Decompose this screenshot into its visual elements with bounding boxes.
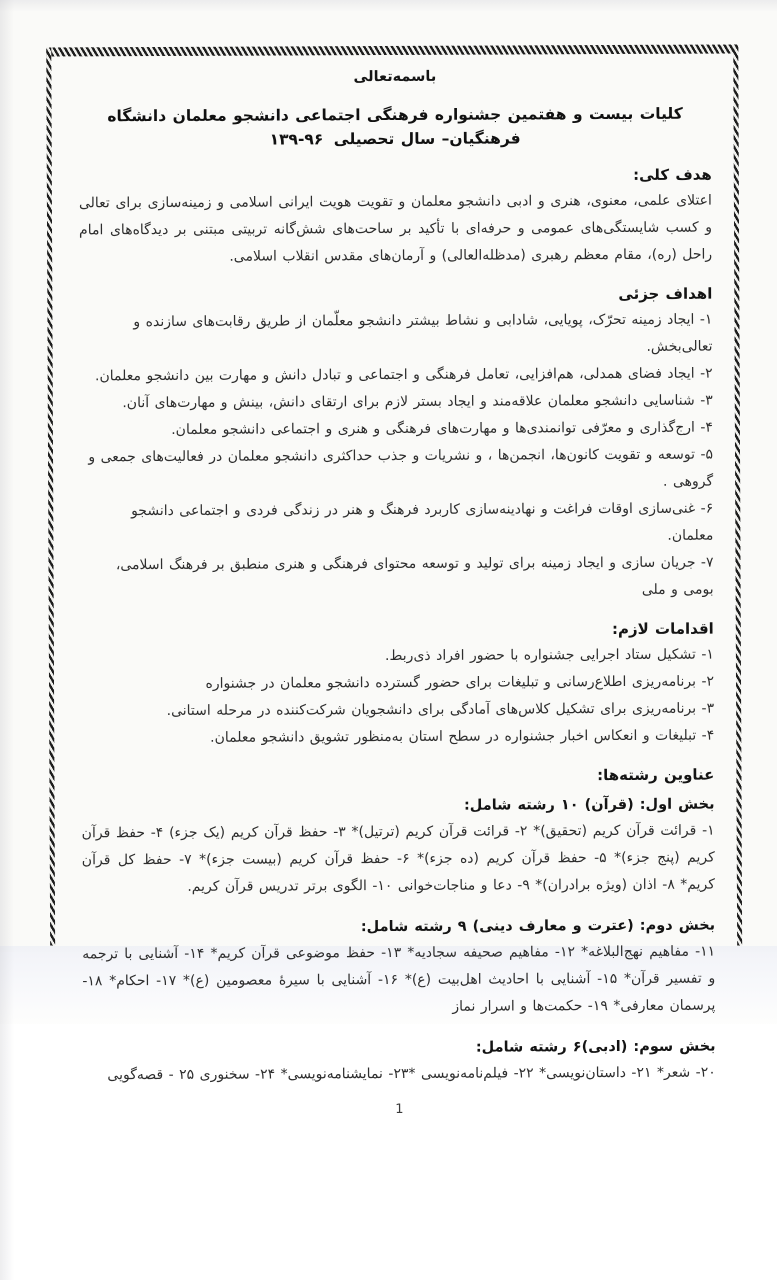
part1-heading: بخش اول: (قرآن) ۱۰ رشته شامل: [82, 795, 715, 819]
section-heading-actions: اقدامات لازم: [81, 619, 714, 643]
part2-text: ۱۱- مفاهیم نهج‌البلاغه* ۱۲- مفاهیم صحیفه… [82, 939, 715, 1023]
document-content: باسمه‌تعالی کلیات بیست و هفتمین جشنواره … [78, 57, 716, 1125]
section-heading-fields: عناوین رشته‌ها: [81, 765, 714, 789]
page-number: 1 [83, 1095, 716, 1125]
list-item: ۵- توسعه و تقویت کانون‌ها، انجمن‌ها ، و … [80, 442, 713, 499]
list-item: ۳- برنامه‌ریزی برای تشکیل کلاس‌های آمادگ… [81, 696, 714, 726]
section-heading-specific-goals: اهداف جزئی [79, 284, 712, 308]
title-year: ۱۳۹-۹۶ [270, 130, 324, 148]
list-item: ۴- تبلیغات و انعکاس اخبار جشنواره در سطح… [81, 723, 714, 753]
title-text: کلیات بیست و هفتمین جشنواره فرهنگی اجتما… [107, 105, 683, 149]
list-item: ۲- برنامه‌ریزی اطلاع‌رسانی و تبلیغات برا… [81, 669, 714, 699]
list-item: ۴- ارج‌گذاری و معرّفی توانمندی‌ها و مهار… [80, 415, 713, 445]
list-item: ۱- ایجاد زمینه تحرّک، پویایی، شادابی و ن… [79, 307, 712, 364]
general-goal-text: اعتلای علمی، معنوی، هنری و ادبی دانشجو م… [79, 188, 712, 272]
list-item: ۶- غنی‌سازی اوقات فراغت و نهادینه‌سازی ک… [80, 496, 713, 553]
scanned-page: باسمه‌تعالی کلیات بیست و هفتمین جشنواره … [0, 0, 777, 1280]
part2-heading: بخش دوم: (عترت و معارف دینی) ۹ رشته شامل… [82, 916, 715, 940]
frame-border-left [46, 47, 55, 945]
frame-border-right [733, 44, 742, 945]
list-item: ۳- شناسایی دانشجو معلمان علاقه‌مند و ایج… [80, 388, 713, 418]
section-heading-general-goal: هدف کلی: [79, 165, 712, 189]
part3-heading: بخش سوم: (ادبی)۶ رشته شامل: [83, 1037, 716, 1061]
actions-list: ۱- تشکیل ستاد اجرایی جشنواره با حضور افر… [81, 642, 714, 753]
document-title: کلیات بیست و هفتمین جشنواره فرهنگی اجتما… [78, 102, 711, 153]
frame-border-top [46, 44, 738, 56]
list-item: ۲- ایجاد فضای همدلی، هم‌افزایی، تعامل فر… [80, 361, 713, 391]
specific-goals-list: ۱- ایجاد زمینه تحرّک، پویایی، شادابی و ن… [79, 307, 713, 607]
bismillah: باسمه‌تعالی [78, 63, 711, 93]
part3-text: ۲۰- شعر* ۲۱- داستان‌نویسی* ۲۲- فیلم‌نامه… [83, 1060, 716, 1090]
list-item: ۱- تشکیل ستاد اجرایی جشنواره با حضور افر… [81, 642, 714, 672]
document-sheet: باسمه‌تعالی کلیات بیست و هفتمین جشنواره … [0, 0, 777, 1280]
part1-text: ۱- قرائت قرآن کریم (تحقیق)* ۲- قرائت قرآ… [82, 818, 715, 902]
list-item: ۷- جریان سازی و ایجاد زمینه برای تولید و… [80, 550, 713, 607]
